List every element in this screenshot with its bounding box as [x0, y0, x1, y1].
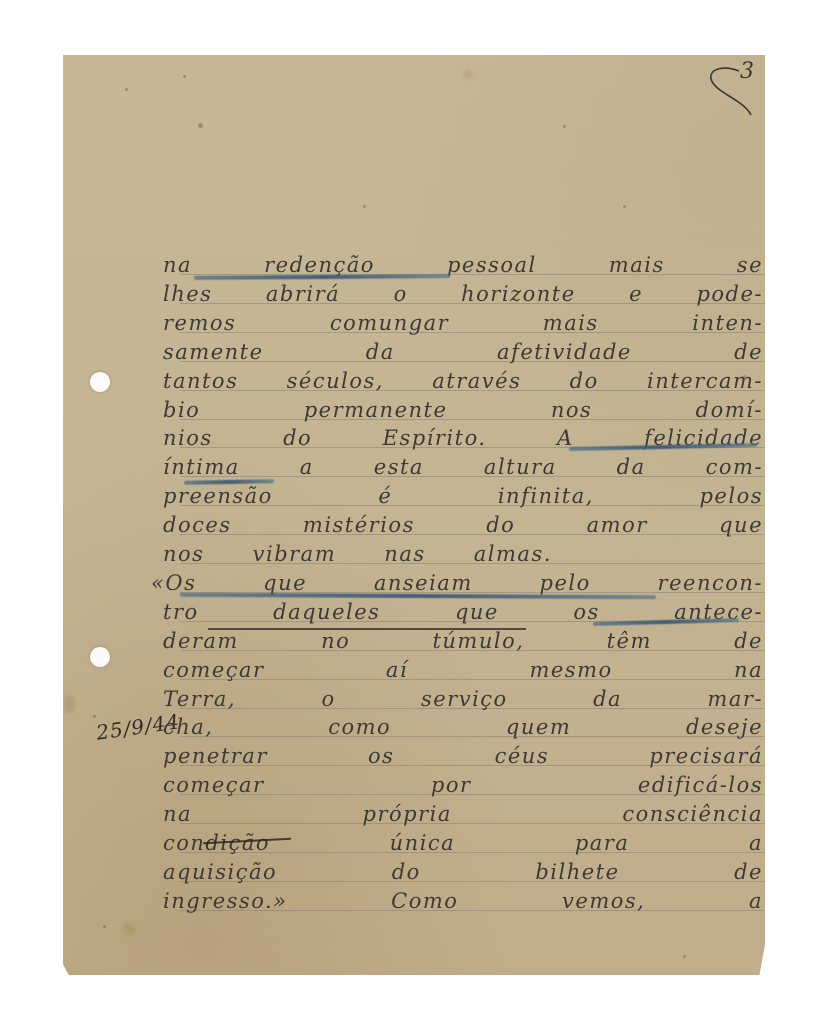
paper-speck [103, 925, 106, 928]
text-line: cha, como quem deseje [163, 713, 763, 741]
text-line: samente da afetividade de [163, 338, 763, 366]
text-line: deram no túmulo, têm de [163, 627, 763, 655]
text-line: preensão é infinita, pelos [163, 482, 763, 510]
paper-speck [563, 125, 566, 128]
pencil-underline-daqueles-que [208, 628, 526, 630]
paper-stain [63, 695, 75, 713]
punch-hole [90, 647, 110, 667]
text-line: ingresso.» Como vemos, a [163, 887, 763, 915]
paper-speck [683, 955, 686, 958]
text-line: começar por edificá-los [163, 771, 763, 799]
paper-speck [183, 75, 186, 78]
paper-speck [623, 205, 626, 208]
paper-speck [198, 123, 203, 128]
text-line: penetrar os céus precisará [163, 742, 763, 770]
text-line: bio permanente nos domí- [163, 396, 763, 424]
paper-speck [363, 205, 366, 208]
paper-speck [125, 88, 128, 91]
manuscript-page: 3 25/9/44 na redenção pessoal mais se lh… [63, 55, 765, 975]
text-line: na própria consciência [163, 800, 763, 828]
text-line: nos vibram nas almas. [163, 540, 763, 568]
text-line: aquisição do bilhete de [163, 858, 763, 886]
text-line: Terra, o serviço da mar- [163, 685, 763, 713]
text-line: íntima a esta altura da com- [163, 453, 763, 481]
text-line: lhes abrirá o horizonte e pode- [163, 280, 763, 308]
page-number-flourish-icon [703, 63, 763, 123]
text-line: doces mistérios do amor que [163, 511, 763, 539]
text-line: condição única para a [163, 829, 763, 857]
text-line: remos comungar mais inten- [163, 309, 763, 337]
text-line: começar aí mesmo na [163, 656, 763, 684]
paper-speck [93, 715, 96, 718]
paper-stain [123, 923, 135, 935]
text-line: tantos séculos, através do intercam- [163, 367, 763, 395]
paper-stain [463, 70, 473, 78]
punch-hole [90, 372, 110, 392]
page-number: 3 [740, 59, 754, 84]
